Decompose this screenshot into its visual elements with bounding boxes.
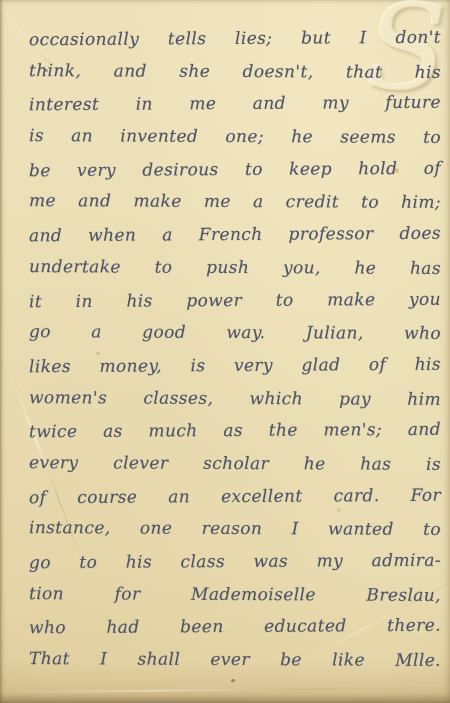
handwritten-line: is an invented one; he seems to	[29, 120, 441, 154]
letter-body-text: occasionally tells lies; but I don'tthin…	[29, 23, 441, 677]
handwritten-line: tion for Mademoiselle Breslau,	[29, 578, 441, 612]
handwritten-line: interest in me and my future	[29, 87, 441, 122]
handwritten-line: occasionally tells lies; but I don't	[29, 22, 441, 57]
handwritten-line: go to his class was my admira-	[29, 545, 441, 580]
handwritten-line: women's classes, which pay him	[29, 382, 441, 416]
handwritten-line: be very desirous to keep hold of	[29, 152, 441, 187]
handwritten-line: instance, one reason I wanted to	[29, 512, 441, 546]
handwritten-line: who had been educated there.	[29, 610, 441, 645]
scanned-letter-page: S occasionally tells lies; but I don'tth…	[0, 0, 450, 703]
paper-crease-bottom	[0, 687, 450, 694]
handwritten-line: it in his power to make you	[29, 283, 441, 318]
handwritten-line: likes money, is very glad of his	[29, 349, 441, 384]
handwritten-line: of course an excellent card. For	[29, 479, 441, 514]
handwritten-line: undertake to push you, he has	[29, 251, 441, 285]
handwritten-line: go a good way. Julian, who	[29, 316, 441, 350]
handwritten-line: twice as much as the men's; and	[29, 414, 441, 449]
handwritten-line: think, and she doesn't, that his	[29, 55, 441, 89]
foxing-spot	[231, 679, 235, 682]
handwritten-line: every clever scholar he has is	[29, 447, 441, 481]
handwritten-line: and when a French professor does	[29, 218, 441, 253]
handwritten-line: me and make me a credit to him;	[29, 186, 441, 220]
handwritten-line: That I shall ever be like Mlle.	[29, 643, 441, 677]
